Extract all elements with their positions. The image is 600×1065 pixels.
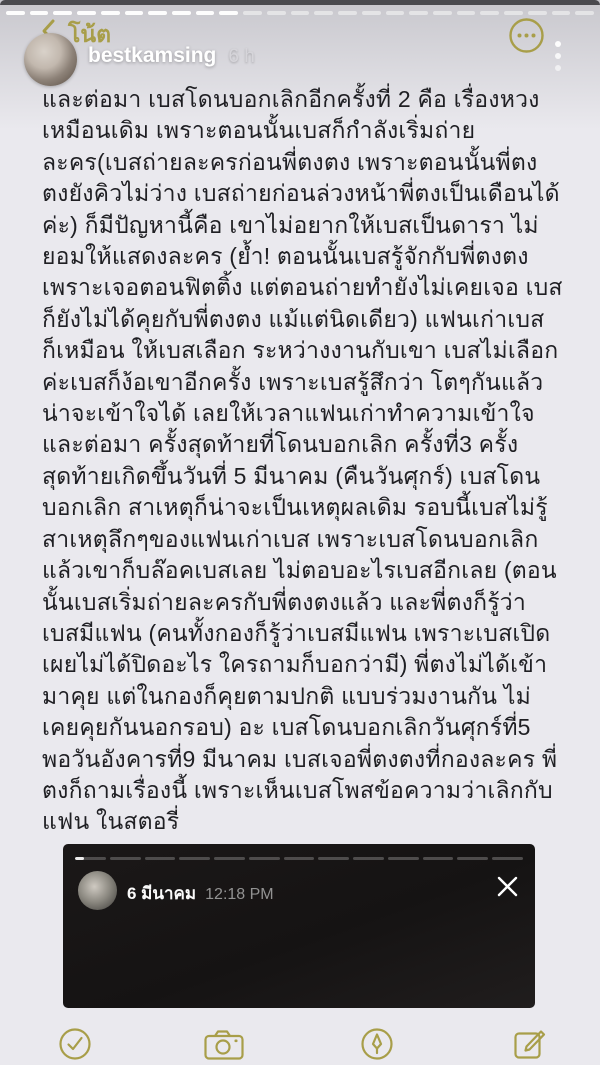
embedded-date: 6 มีนาคม	[127, 880, 196, 907]
markup-button[interactable]	[360, 1027, 394, 1061]
story-timestamp: 6 h	[228, 46, 254, 68]
embedded-time: 12:18 PM	[205, 886, 273, 904]
embedded-meta: 6 มีนาคม 12:18 PM	[127, 880, 274, 907]
embedded-close-button[interactable]	[496, 875, 519, 898]
story-author-avatar[interactable]	[24, 33, 77, 86]
notes-app-story-screenshot: โน้ต bestkamsing 6 h และต่อมา เบสโดนบอกเ…	[0, 0, 600, 1065]
checklist-button[interactable]	[58, 1027, 92, 1061]
compose-icon	[513, 1028, 546, 1061]
embedded-progress-bar	[75, 857, 523, 860]
story-username[interactable]: bestkamsing	[88, 44, 216, 68]
markup-pen-icon	[360, 1027, 394, 1061]
more-options-button[interactable]	[508, 17, 545, 54]
note-body-text: และต่อมา เบสโดนบอกเลิกอีกครั้งที่ 2 คือ …	[42, 84, 568, 838]
ellipsis-circle-icon	[508, 17, 545, 54]
attached-story-screenshot[interactable]: 6 มีนาคม 12:18 PM	[63, 844, 535, 1008]
more-vertical-icon	[552, 38, 564, 78]
compose-button[interactable]	[513, 1028, 546, 1061]
close-icon	[496, 875, 519, 898]
story-author-line: bestkamsing 6 h	[88, 44, 255, 68]
embedded-avatar	[78, 871, 117, 910]
checkmark-circle-icon	[58, 1027, 92, 1061]
story-progress-bar	[6, 11, 594, 15]
camera-icon	[203, 1029, 245, 1061]
story-menu-button[interactable]	[552, 38, 564, 78]
camera-button[interactable]	[203, 1029, 245, 1061]
screen-top-edge	[0, 0, 600, 5]
